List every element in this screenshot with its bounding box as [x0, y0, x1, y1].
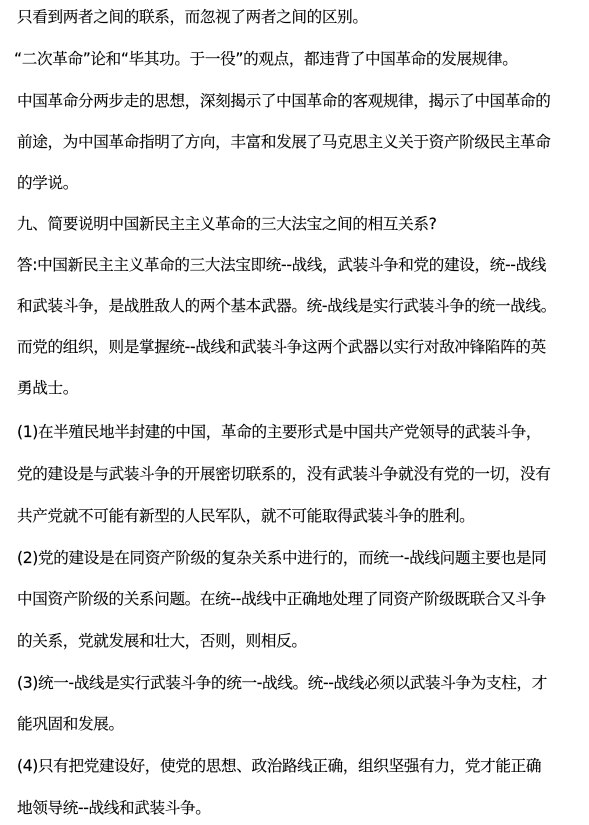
text-line-12: 党的建设是与武装斗争的开展密切联系的，没有武装斗争就没有党的一切，没有 — [17, 463, 583, 485]
text-line-20: 地领导统--战线和武装斗争。 — [17, 797, 583, 819]
text-line-18: 能巩固和发展。 — [17, 713, 583, 735]
text-line-9: 而党的组织，则是掌握统--战线和武装斗争这两个武器以实行对敌冲锋陷阵的英 — [17, 336, 583, 358]
text-line-19: (4)只有把党建设好，使党的思想、政治路线正确，组织坚强有力，党才能正确 — [17, 755, 583, 777]
text-line-16: 的关系，党就发展和壮大，否则，则相反。 — [17, 630, 583, 652]
text-line-15: 中国资产阶级的关系问题。在统--战线中正确地处理了同资产阶级既联合又斗争 — [17, 588, 583, 610]
question-heading: 九、简要说明中国新民主主义革命的三大法宝之间的相互关系? — [17, 213, 583, 235]
text-line-7: 答:中国新民主主义革命的三大法宝即统--战线，武装斗争和党的建设，统--战线 — [17, 254, 583, 276]
text-line-10: 勇战士。 — [17, 377, 583, 399]
text-line-14: (2)党的建设是在同资产阶级的复杂关系中进行的，而统一-战线问题主要也是同 — [17, 547, 583, 569]
text-line-4: 前途，为中国革命指明了方向，丰富和发展了马克思主义关于资产阶级民主革命 — [17, 131, 583, 153]
text-line-8: 和武装斗争，是战胜敌人的两个基本武器。统-战线是实行武装斗争的统一战线。 — [17, 295, 583, 317]
text-line-1: 只看到两者之间的联系，而忽视了两者之间的区别。 — [17, 6, 583, 28]
text-line-2: “二次革命”论和“毕其功。于一役”的观点，都违背了中国革命的发展规律。 — [14, 48, 580, 70]
text-line-13: 共产党就不可能有新型的人民军队，就不可能取得武装斗争的胜利。 — [17, 505, 583, 527]
text-line-11: (1)在半殖民地半封建的中国，革命的主要形式是中国共产党领导的武装斗争， — [17, 421, 583, 443]
document-page: 只看到两者之间的联系，而忽视了两者之间的区别。 “二次革命”论和“毕其功。于一役… — [0, 0, 589, 825]
text-line-3: 中国革命分两步走的思想，深刻揭示了中国革命的客观规律，揭示了中国革命的 — [17, 90, 583, 112]
text-line-17: (3)统一-战线是实行武装斗争的统一-战线。统--战线必须以武装斗争为支柱，才 — [17, 672, 583, 694]
text-line-5: 的学说。 — [17, 172, 583, 194]
